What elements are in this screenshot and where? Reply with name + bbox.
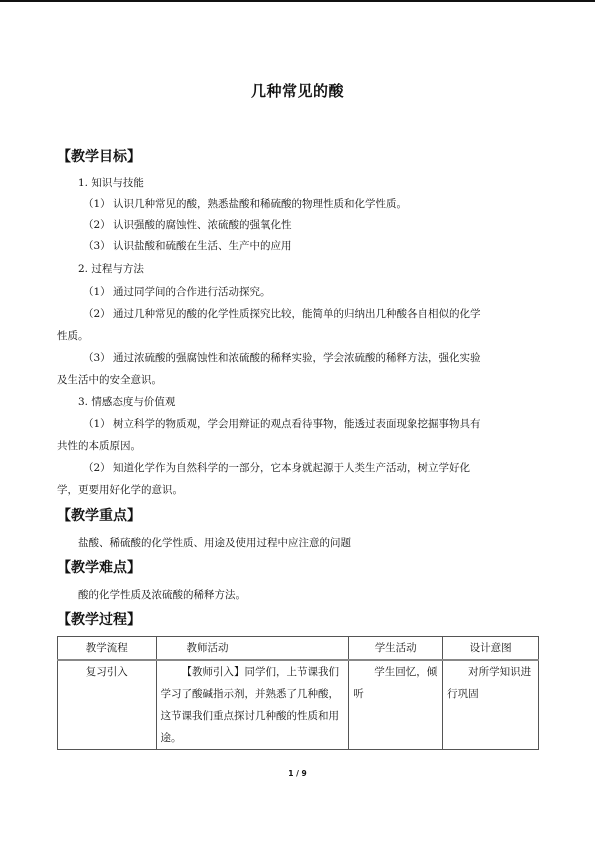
section-heading-difficulties: 【教学难点】 (57, 557, 141, 577)
page-top-border (0, 0, 595, 2)
objective-item: （1）树立科学的物质观，学会用辩证的观点看待事物，能透过表面现象挖掘事物具有 (83, 417, 481, 431)
table-header-row: 教学流程 教师活动 学生活动 设计意图 (58, 637, 539, 661)
column-header-student: 学生活动 (349, 637, 443, 661)
objective-item: （1）认识几种常见的酸，熟悉盐酸和稀硫酸的物理性质和化学性质。 (83, 197, 407, 211)
process-table: 教学流程 教师活动 学生活动 设计意图 复习引入 【教师引入】同学们，上节课我们… (57, 636, 539, 750)
cell-stage: 复习引入 (58, 660, 157, 750)
column-header-intent: 设计意图 (443, 637, 539, 661)
item-number: （1） (83, 417, 113, 431)
section-heading-process: 【教学过程】 (57, 609, 141, 629)
section-heading-key-points: 【教学重点】 (57, 505, 141, 525)
item-text: 通过浓硫酸的强腐蚀性和浓硫酸的稀释实验，学会浓硫酸的稀释方法，强化实验 (113, 352, 481, 364)
page-number: 1 / 9 (0, 769, 595, 778)
objective-item: （3）通过浓硫酸的强腐蚀性和浓硫酸的稀释实验，学会浓硫酸的稀释方法，强化实验 (83, 351, 481, 365)
objective-group-label: 1. 知识与技能 (78, 176, 144, 190)
section-heading-objectives: 【教学目标】 (57, 146, 141, 166)
item-text: 知道化学作为自然科学的一部分，它本身就起源于人类生产活动，树立学好化 (113, 462, 470, 474)
cell-design-intent: 对所学知识进行巩固 (443, 660, 539, 750)
objective-item-continuation: 学，更要用好化学的意识。 (57, 483, 183, 497)
objective-item: （1）通过同学间的合作进行活动探究。 (83, 285, 271, 299)
item-text: 认识几种常见的酸，熟悉盐酸和稀硫酸的物理性质和化学性质。 (113, 198, 407, 210)
item-text: 认识盐酸和硫酸在生活、生产中的应用 (113, 240, 292, 252)
key-points-text: 盐酸、稀硫酸的化学性质、用途及使用过程中应注意的问题 (78, 536, 351, 550)
objective-group-label: 2. 过程与方法 (78, 262, 144, 276)
objective-item: （3）认识盐酸和硫酸在生活、生产中的应用 (83, 239, 292, 253)
item-text: 通过几种常见的酸的化学性质探究比较，能简单的归纳出几种酸各自相似的化学 (113, 308, 481, 320)
objective-item: （2）通过几种常见的酸的化学性质探究比较，能简单的归纳出几种酸各自相似的化学 (83, 307, 481, 321)
cell-student-activity: 学生回忆，倾听 (349, 660, 443, 750)
item-number: （2） (83, 218, 113, 232)
item-number: （2） (83, 307, 113, 321)
objective-item-continuation: 性质。 (57, 329, 89, 343)
column-header-stage: 教学流程 (58, 637, 157, 661)
item-number: （3） (83, 239, 113, 253)
objective-item-continuation: 共性的本质原因。 (57, 439, 141, 453)
objective-item: （2）认识强酸的腐蚀性、浓硫酸的强氧化性 (83, 218, 292, 232)
item-number: （3） (83, 351, 113, 365)
column-header-teacher: 教师活动 (156, 637, 349, 661)
item-number: （2） (83, 461, 113, 475)
table-row: 复习引入 【教师引入】同学们，上节课我们学习了酸碱指示剂，并熟悉了几种酸，这节课… (58, 660, 539, 750)
item-text: 树立科学的物质观，学会用辩证的观点看待事物，能透过表面现象挖掘事物具有 (113, 418, 481, 430)
difficulties-text: 酸的化学性质及浓硫酸的稀释方法。 (78, 588, 246, 602)
cell-teacher-activity: 【教师引入】同学们，上节课我们学习了酸碱指示剂，并熟悉了几种酸，这节课我们重点探… (156, 660, 349, 750)
item-number: （1） (83, 285, 113, 299)
item-text: 通过同学间的合作进行活动探究。 (113, 286, 271, 298)
item-text: 认识强酸的腐蚀性、浓硫酸的强氧化性 (113, 219, 292, 231)
objective-item: （2）知道化学作为自然科学的一部分，它本身就起源于人类生产活动，树立学好化 (83, 461, 470, 475)
document-title: 几种常见的酸 (0, 80, 595, 101)
item-number: （1） (83, 197, 113, 211)
objective-group-label: 3. 情感态度与价值观 (78, 395, 175, 409)
objective-item-continuation: 及生活中的安全意识。 (57, 373, 162, 387)
